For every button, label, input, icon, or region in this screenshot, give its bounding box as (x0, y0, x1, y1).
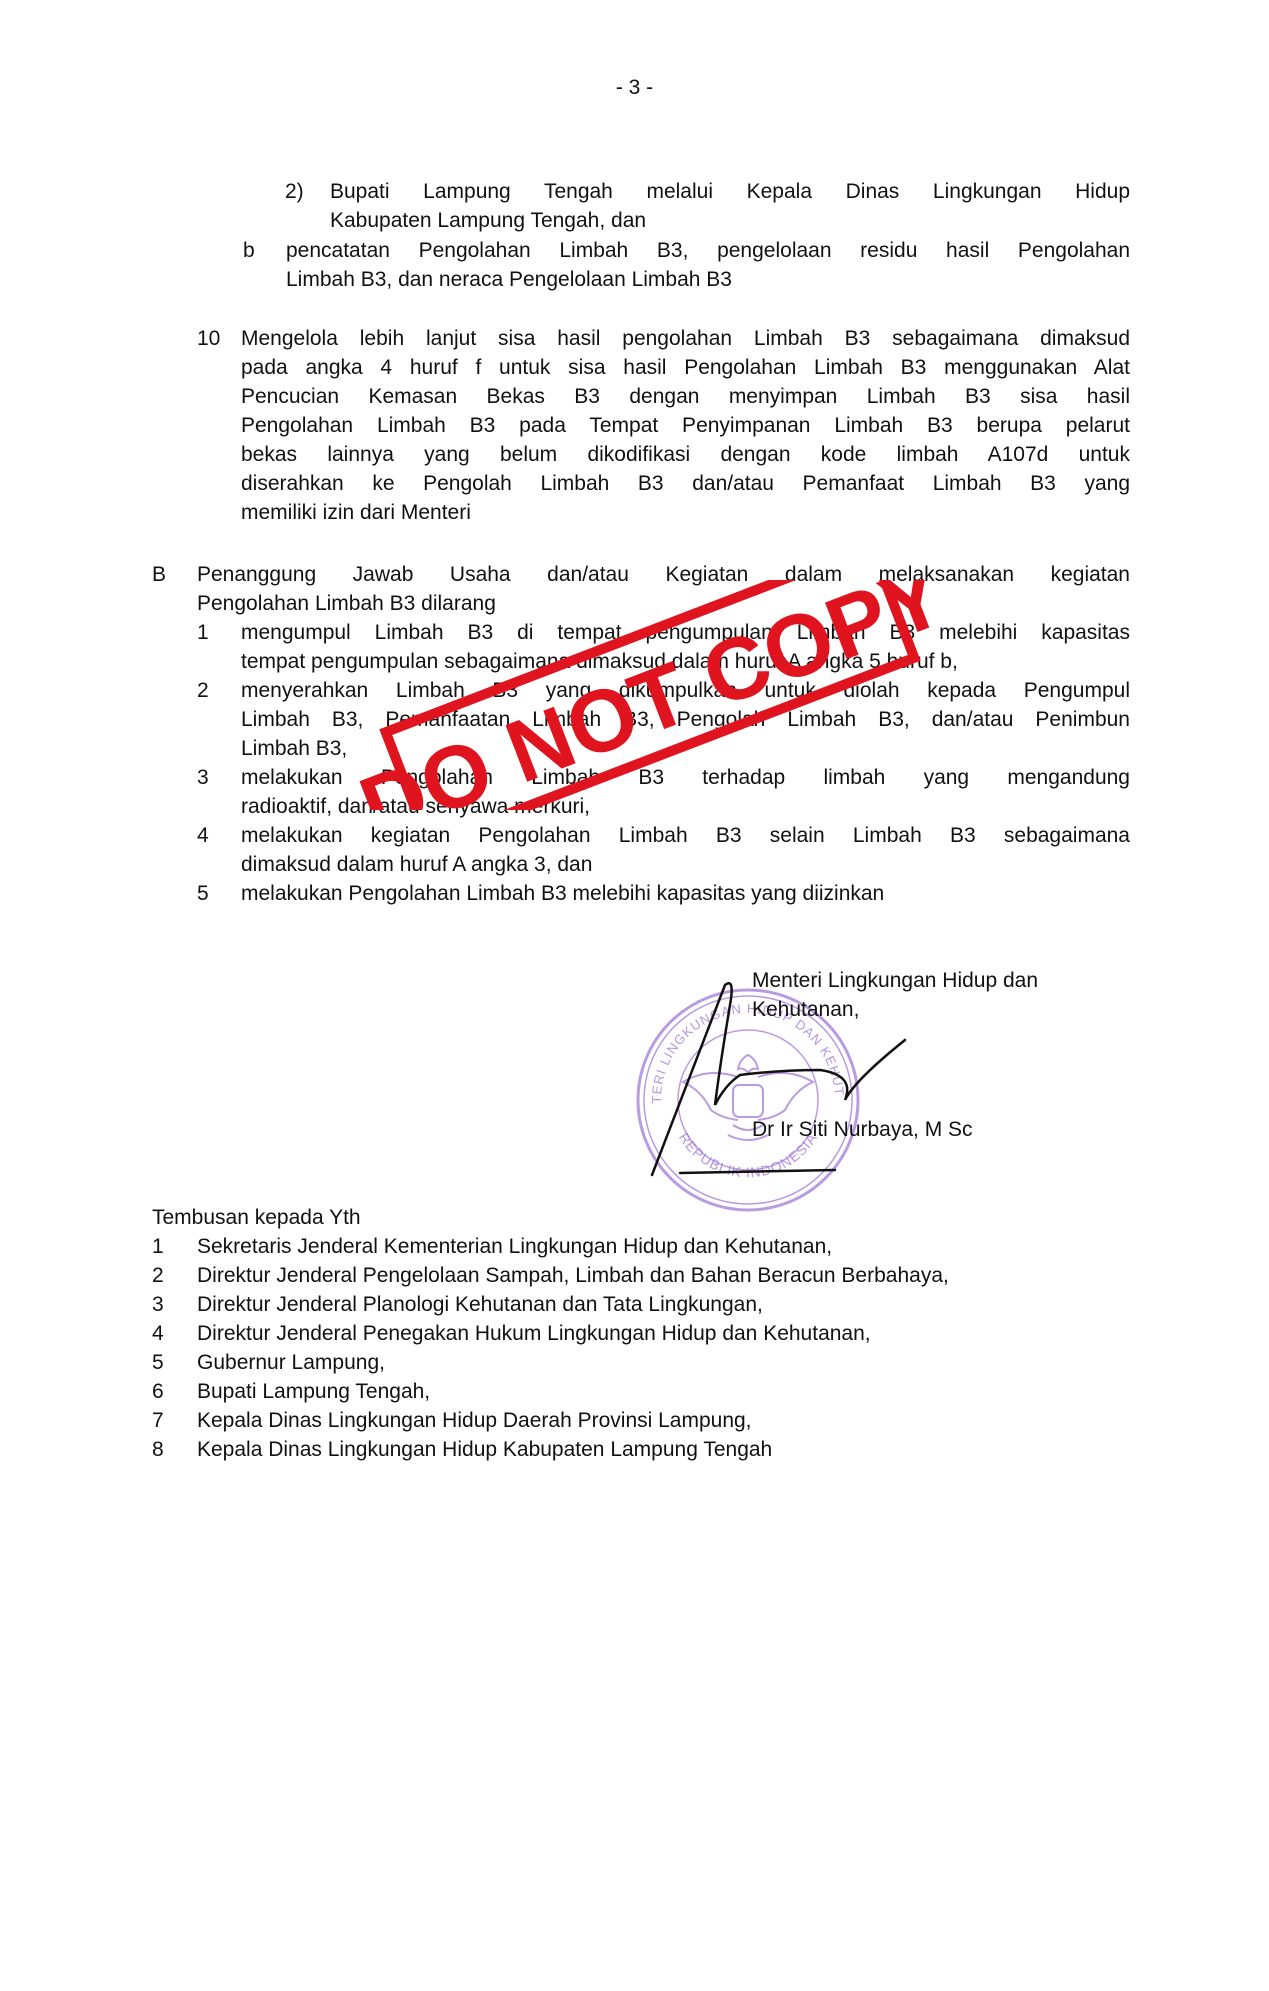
section-b-item-3: melakukan Pengolahan Limbah B3 terhadap … (241, 763, 1130, 821)
text-line: bekas lainnya yang belum dikodifikasi de… (241, 440, 1130, 469)
list-item: 3Direktur Jenderal Planologi Kehutanan d… (152, 1290, 949, 1319)
section-b-item-5-marker: 5 (197, 879, 209, 908)
section-b-item-5: melakukan Pengolahan Limbah B3 melebihi … (241, 879, 1130, 908)
text-line: melakukan Pengolahan Limbah B3 melebihi … (241, 882, 884, 905)
list-item: 5Gubernur Lampung, (152, 1348, 949, 1377)
section-b-item-3-marker: 3 (197, 763, 209, 792)
text-line: radioaktif, dan/atau senyawa merkuri, (241, 792, 1130, 821)
section-b-intro: Penanggung Jawab Usaha dan/atau Kegiatan… (197, 560, 1130, 618)
text-line: melakukan kegiatan Pengolahan Limbah B3 … (241, 821, 1130, 850)
text-line: Mengelola lebih lanjut sisa hasil pengol… (241, 324, 1130, 353)
section-b-item-1: mengumpul Limbah B3 di tempat pengumpula… (241, 618, 1130, 676)
text-line: Pencucian Kemasan Bekas B3 dengan menyim… (241, 382, 1130, 411)
section-b-item-4-marker: 4 (197, 821, 209, 850)
text-line: Limbah B3, Pemanfaatan Limbah B3, Pengol… (241, 705, 1130, 734)
text-line: diserahkan ke Pengolah Limbah B3 dan/ata… (241, 469, 1130, 498)
text-line: dimaksud dalam huruf A angka 3, dan (241, 850, 1130, 879)
section-b-item-1-marker: 1 (197, 618, 209, 647)
text-line: Limbah B3, (241, 734, 1130, 763)
list-item: 8Kepala Dinas Lingkungan Hidup Kabupaten… (152, 1435, 949, 1464)
text-line: Pengolahan Limbah B3 pada Tempat Penyimp… (241, 411, 1130, 440)
text-line: mengumpul Limbah B3 di tempat pengumpula… (241, 618, 1130, 647)
section-b-marker: B (152, 560, 166, 589)
text-line: melakukan Pengolahan Limbah B3 terhadap … (241, 763, 1130, 792)
text-line: Pengolahan Limbah B3 dilarang (197, 589, 1130, 618)
section-b-item-2-marker: 2 (197, 676, 209, 705)
item-2-text: Bupati Lampung Tengah melalui Kepala Din… (330, 177, 1130, 235)
list-item: 7Kepala Dinas Lingkungan Hidup Daerah Pr… (152, 1406, 949, 1435)
item-10-text: Mengelola lebih lanjut sisa hasil pengol… (241, 324, 1130, 527)
list-item: 1Sekretaris Jenderal Kementerian Lingkun… (152, 1232, 949, 1261)
list-item: 4Direktur Jenderal Penegakan Hukum Lingk… (152, 1319, 949, 1348)
section-b-item-4: melakukan kegiatan Pengolahan Limbah B3 … (241, 821, 1130, 879)
item-b-marker: b (243, 236, 255, 265)
text-line: tempat pengumpulan sebagaimana dimaksud … (241, 647, 1130, 676)
item-2-marker: 2) (285, 177, 304, 206)
signatory-name: Dr Ir Siti Nurbaya, M Sc (752, 1115, 973, 1144)
text-line: Kabupaten Lampung Tengah, dan (330, 206, 1130, 235)
text-line: Limbah B3, dan neraca Pengelolaan Limbah… (286, 265, 1130, 294)
document-page: - 3 - 2) Bupati Lampung Tengah melalui K… (0, 0, 1269, 1991)
text-line: Bupati Lampung Tengah melalui Kepala Din… (330, 177, 1130, 206)
item-b-text: pencatatan Pengolahan Limbah B3, pengelo… (286, 236, 1130, 294)
cc-heading: Tembusan kepada Yth (152, 1203, 949, 1232)
section-b-item-2: menyerahkan Limbah B3 yang dikumpulkan u… (241, 676, 1130, 763)
page-number: - 3 - (0, 76, 1269, 100)
cc-section: Tembusan kepada Yth 1Sekretaris Jenderal… (152, 1203, 949, 1464)
list-item: 2Direktur Jenderal Pengelolaan Sampah, L… (152, 1261, 949, 1290)
handwritten-signature-icon (640, 975, 970, 1190)
text-line: menyerahkan Limbah B3 yang dikumpulkan u… (241, 676, 1130, 705)
text-line: pencatatan Pengolahan Limbah B3, pengelo… (286, 236, 1130, 265)
text-line: Penanggung Jawab Usaha dan/atau Kegiatan… (197, 560, 1130, 589)
text-line: memiliki izin dari Menteri (241, 498, 1130, 527)
item-10-marker: 10 (197, 324, 220, 353)
text-line: pada angka 4 huruf f untuk sisa hasil Pe… (241, 353, 1130, 382)
list-item: 6Bupati Lampung Tengah, (152, 1377, 949, 1406)
